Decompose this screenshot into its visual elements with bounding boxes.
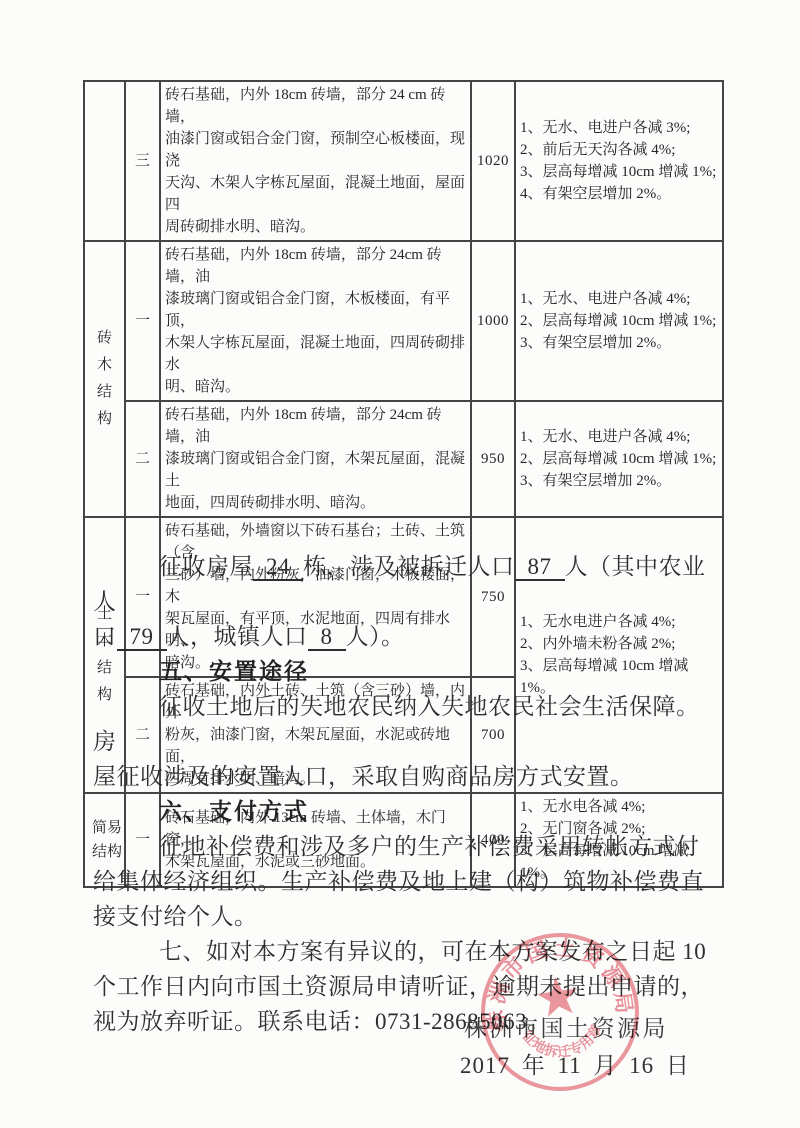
housing-text: 人，城镇人口 <box>167 624 308 649</box>
grade-cell: 二 <box>125 401 160 517</box>
adjustment-notes-cell: 1、无水、电进户各减 3%; 2、前后无天沟各减 4%; 3、层高每增减 10c… <box>515 81 723 241</box>
section6-paragraph: 征地补偿费和涉及多户的生产补偿费采用转帐方式付 给集体经济组织。生产补偿费及地上… <box>93 829 717 934</box>
underlined-urban-people-count: 8 <box>308 624 346 651</box>
price-cell: 1020 <box>471 81 515 241</box>
signature-date: 2017 年 11 月 16 日 <box>460 1047 690 1080</box>
description-cell: 砖石基础，内外 18cm 砖墙，部分 24cm 砖墙，油 漆玻璃门窗或铝合金门窗… <box>160 401 471 517</box>
price-cell: 1000 <box>471 241 515 401</box>
housing-text: 征收房屋 <box>159 554 253 579</box>
grade-cell: 三 <box>125 81 160 241</box>
adjustment-notes-cell: 1、无水、电进户各减 4%; 2、层高每增减 10cm 增减 1%; 3、有架空… <box>515 401 723 517</box>
housing-text: 人）。 <box>346 624 405 649</box>
housing-text: 栋，涉及被拆迁人口 <box>303 554 515 579</box>
document-page: 三 砖石基础，内外 18cm 砖墙，部分 24 cm 砖墙， 油漆门窗或铝合金门… <box>0 0 800 1128</box>
section5-paragraph: 征收土地后的失地农民纳入失地农民社会生活保障。房 屋征收涉及的安置人口，采取自购… <box>93 689 717 794</box>
table-row: 三 砖石基础，内外 18cm 砖墙，部分 24 cm 砖墙， 油漆门窗或铝合金门… <box>84 81 723 241</box>
table-row: 二 砖石基础，内外 18cm 砖墙，部分 24cm 砖墙，油 漆玻璃门窗或铝合金… <box>84 401 723 517</box>
structure-type-label: 砖木结构 <box>96 325 114 433</box>
paragraph-housing-stats: 征收房屋24栋，涉及被拆迁人口87人（其中农业人 口79人，城镇人口8人）。 <box>93 549 717 654</box>
underlined-relocated-people-count: 87 <box>515 554 565 581</box>
signature-organization: 株洲市国土资源局 <box>464 1010 668 1043</box>
underlined-agricultural-people-count: 79 <box>117 624 167 651</box>
structure-type-cell: 砖木结构 <box>84 241 125 517</box>
underlined-buildings-count: 24 <box>253 554 303 581</box>
description-cell: 砖石基础，内外 18cm 砖墙，部分 24cm 砖墙，油 漆玻璃门窗或铝合金门窗… <box>160 241 471 401</box>
description-cell: 砖石基础，内外 18cm 砖墙，部分 24 cm 砖墙， 油漆门窗或铝合金门窗，… <box>160 81 471 241</box>
price-cell: 950 <box>471 401 515 517</box>
structure-type-cell <box>84 81 125 241</box>
section5-heading: 五、安置途径 <box>93 654 717 689</box>
adjustment-notes-cell: 1、无水、电进户各减 4%; 2、层高每增减 10cm 增减 1%; 3、有架空… <box>515 241 723 401</box>
grade-cell: 一 <box>125 241 160 401</box>
document-body: 征收房屋24栋，涉及被拆迁人口87人（其中农业人 口79人，城镇人口8人）。 五… <box>93 549 717 1039</box>
section6-heading: 六、支付方式 <box>93 794 717 829</box>
table-row: 砖木结构 一 砖石基础，内外 18cm 砖墙，部分 24cm 砖墙，油 漆玻璃门… <box>84 241 723 401</box>
